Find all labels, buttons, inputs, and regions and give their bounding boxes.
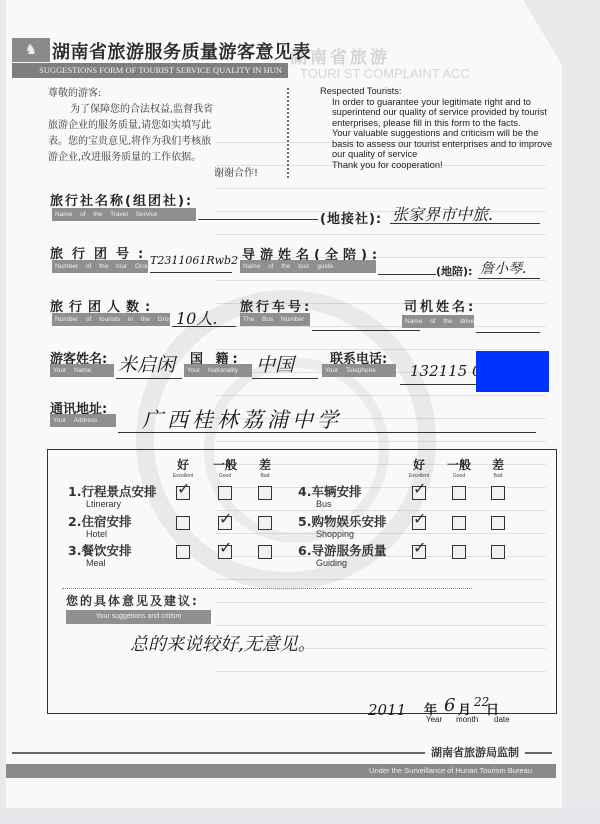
group-number-label-en: Number of the tour Group — [52, 260, 148, 273]
group-size-field — [172, 326, 236, 327]
intro-para-2: Your valuable suggestions and criticism … — [320, 128, 560, 160]
rating-checkbox[interactable]: ✓ — [412, 486, 426, 500]
local-guide-value[interactable]: 詹小琴. — [480, 258, 526, 278]
rating-item-label: 1.行程景点安排 — [68, 482, 156, 500]
nationality-field — [252, 378, 318, 379]
rating-checkbox[interactable]: ✓ — [176, 486, 190, 500]
rating-checkbox[interactable] — [491, 516, 505, 530]
column-label-cn: 一般 — [205, 456, 245, 473]
column-label-en: Bad — [478, 473, 518, 479]
driver-field[interactable] — [476, 332, 540, 333]
form-title: 湖南省旅游服务质量游客意见表 — [52, 38, 311, 64]
rating-column-header: 一般Good — [205, 456, 245, 479]
phone-value[interactable]: 132115 0 — [410, 362, 482, 380]
column-label-en: Good — [439, 473, 479, 479]
dotted-divider — [62, 588, 472, 589]
date-year-value[interactable]: 2011 — [368, 701, 406, 719]
rating-column-header: 好Excellent — [399, 456, 439, 479]
form-header: ♞ 湖南省旅游服务质量游客意见表 SUGGESTIONS FORM OF TOU… — [12, 38, 288, 78]
redaction-box — [476, 351, 549, 392]
rating-item-label: 5.购物娱乐安排 — [298, 512, 386, 530]
address-value[interactable]: 广西桂林荔浦中学 — [142, 404, 342, 434]
suggestions-value[interactable]: 总的来说较好,无意见。 — [130, 630, 316, 656]
driver-label: 司机姓名: — [404, 296, 476, 315]
rating-checkbox[interactable] — [176, 545, 190, 559]
check-mark-icon: ✓ — [219, 540, 232, 556]
group-number-value[interactable]: T2311061Rwb2 — [150, 254, 238, 267]
intro-salutation-cn: 尊敬的游客: — [48, 86, 258, 102]
rating-item-label-en: Meal — [86, 558, 106, 568]
suggestions-label: 您的具体意见及建议: — [66, 592, 199, 609]
local-agency-value[interactable]: 张家界市中旅. — [392, 202, 493, 225]
rating-checkbox[interactable] — [258, 545, 272, 559]
intro-para-1: In order to guarantee your legitimate ri… — [320, 97, 560, 129]
nationality-label-en: Your Nationality — [184, 364, 252, 377]
address-label-en: Your Address — [50, 414, 116, 427]
intro-line: 游企业,改进服务质量的工作依据。 — [48, 150, 258, 166]
agency-label-en: Name of the Travel Service — [52, 208, 196, 221]
driver-label-en: Name of the driver — [402, 315, 474, 328]
ghost-subtitle: TOURI ST COMPLAINT ACC — [300, 66, 470, 81]
bus-number-field[interactable] — [312, 330, 420, 331]
date-month-value[interactable]: 6 — [444, 695, 455, 716]
tourist-name-field — [116, 378, 182, 379]
bus-number-label-en: The Bus Number — [240, 313, 310, 326]
local-agency-field — [390, 223, 540, 224]
rating-checkbox[interactable] — [218, 486, 232, 500]
local-guide-label: (地陪): — [436, 263, 472, 279]
rating-checkbox[interactable] — [491, 486, 505, 500]
local-agency-label: (地接社): — [320, 208, 382, 227]
date-year-label-en: Year — [426, 715, 442, 724]
tourist-name-value[interactable]: 米启闲 — [118, 350, 175, 377]
column-label-cn: 好 — [163, 456, 203, 473]
rating-item-label-en: Hotel — [86, 529, 107, 539]
rating-checkbox[interactable] — [452, 545, 466, 559]
rating-item-label: 2.住宿安排 — [68, 512, 131, 530]
rating-checkbox[interactable]: ✓ — [412, 516, 426, 530]
intro-line: 表。您的宝贵意见,将作为我们考核旅 — [48, 134, 258, 150]
guide-label-en: Name of the tour guide — [240, 260, 376, 273]
column-label-en: Bad — [245, 473, 285, 479]
rating-checkbox[interactable]: ✓ — [412, 545, 426, 559]
footer-bar: Under the Surveillance of Hunan Tourism … — [6, 764, 556, 778]
check-mark-icon: ✓ — [413, 481, 426, 497]
column-label-cn: 好 — [399, 456, 439, 473]
agency-field[interactable] — [198, 219, 318, 220]
rating-column-header: 差Bad — [245, 456, 285, 479]
rating-checkbox[interactable] — [258, 516, 272, 530]
intro-chinese: 尊敬的游客: 为了保障您的合法权益,监督我省 旅游企业的服务质量,请您如实填写此… — [48, 86, 258, 182]
check-mark-icon: ✓ — [219, 511, 232, 527]
tourist-name-label-en: Your Name — [50, 364, 114, 377]
local-guide-field — [478, 278, 540, 279]
intro-thanks-cn: 谢谢合作! — [48, 166, 258, 182]
phone-label-en: Your Telephone — [322, 364, 396, 377]
rating-checkbox[interactable] — [258, 486, 272, 500]
date-day-label-en: date — [494, 715, 510, 724]
rating-checkbox[interactable]: ✓ — [218, 545, 232, 559]
rating-column-header: 好Excellent — [163, 456, 203, 479]
guide-field[interactable] — [378, 274, 436, 275]
date-month-label-en: month — [456, 715, 478, 724]
rating-item-label-en: Bus — [316, 499, 332, 509]
rating-checkbox[interactable] — [452, 516, 466, 530]
column-label-cn: 差 — [478, 456, 518, 473]
rating-checkbox[interactable] — [452, 486, 466, 500]
column-label-cn: 一般 — [439, 456, 479, 473]
rating-column-header: 一般Good — [439, 456, 479, 479]
rating-column-header: 差Bad — [478, 456, 518, 479]
intro-divider — [287, 88, 289, 178]
agency-label: 旅行社名称(组团社): — [50, 190, 193, 209]
scanner-background — [0, 808, 600, 824]
footer-supervisor: 湖南省旅游局监制 — [425, 744, 525, 760]
rating-checkbox[interactable] — [176, 516, 190, 530]
check-mark-icon: ✓ — [413, 540, 426, 556]
check-mark-icon: ✓ — [177, 481, 190, 497]
intro-english: Respected Tourists: In order to guarante… — [320, 86, 560, 170]
intro-salutation-en: Respected Tourists: — [320, 86, 560, 97]
rating-checkbox[interactable]: ✓ — [218, 516, 232, 530]
suggestions-label-en: Your suggetions and critism — [66, 610, 211, 624]
intro-thanks-en: Thank you for cooperation! — [320, 160, 560, 171]
form-subtitle: SUGGESTIONS FORM OF TOURIST SERVICE QUAL… — [12, 63, 288, 78]
rating-item-label: 4.车辆安排 — [298, 482, 361, 500]
rating-item-label-en: Shopping — [316, 529, 354, 539]
check-mark-icon: ✓ — [413, 511, 426, 527]
nationality-value[interactable]: 中国 — [256, 350, 294, 377]
rating-item-label-en: Guiding — [316, 558, 347, 568]
intro-line: 旅游企业的服务质量,请您如实填写此 — [48, 118, 258, 134]
address-field — [118, 432, 536, 433]
rating-checkbox[interactable] — [491, 545, 505, 559]
group-number-field — [150, 272, 232, 273]
column-label-cn: 差 — [245, 456, 285, 473]
column-label-en: Good — [205, 473, 245, 479]
rating-item-label: 3.餐饮安排 — [68, 541, 131, 559]
rating-item-label-en: Ltinerary — [86, 499, 121, 509]
group-size-label-en: Number of tourists in the Group — [52, 313, 170, 326]
intro-line: 为了保障您的合法权益,监督我省 — [48, 102, 258, 118]
rating-item-label: 6.导游服务质量 — [298, 541, 386, 559]
horse-logo-icon: ♞ — [12, 38, 50, 62]
